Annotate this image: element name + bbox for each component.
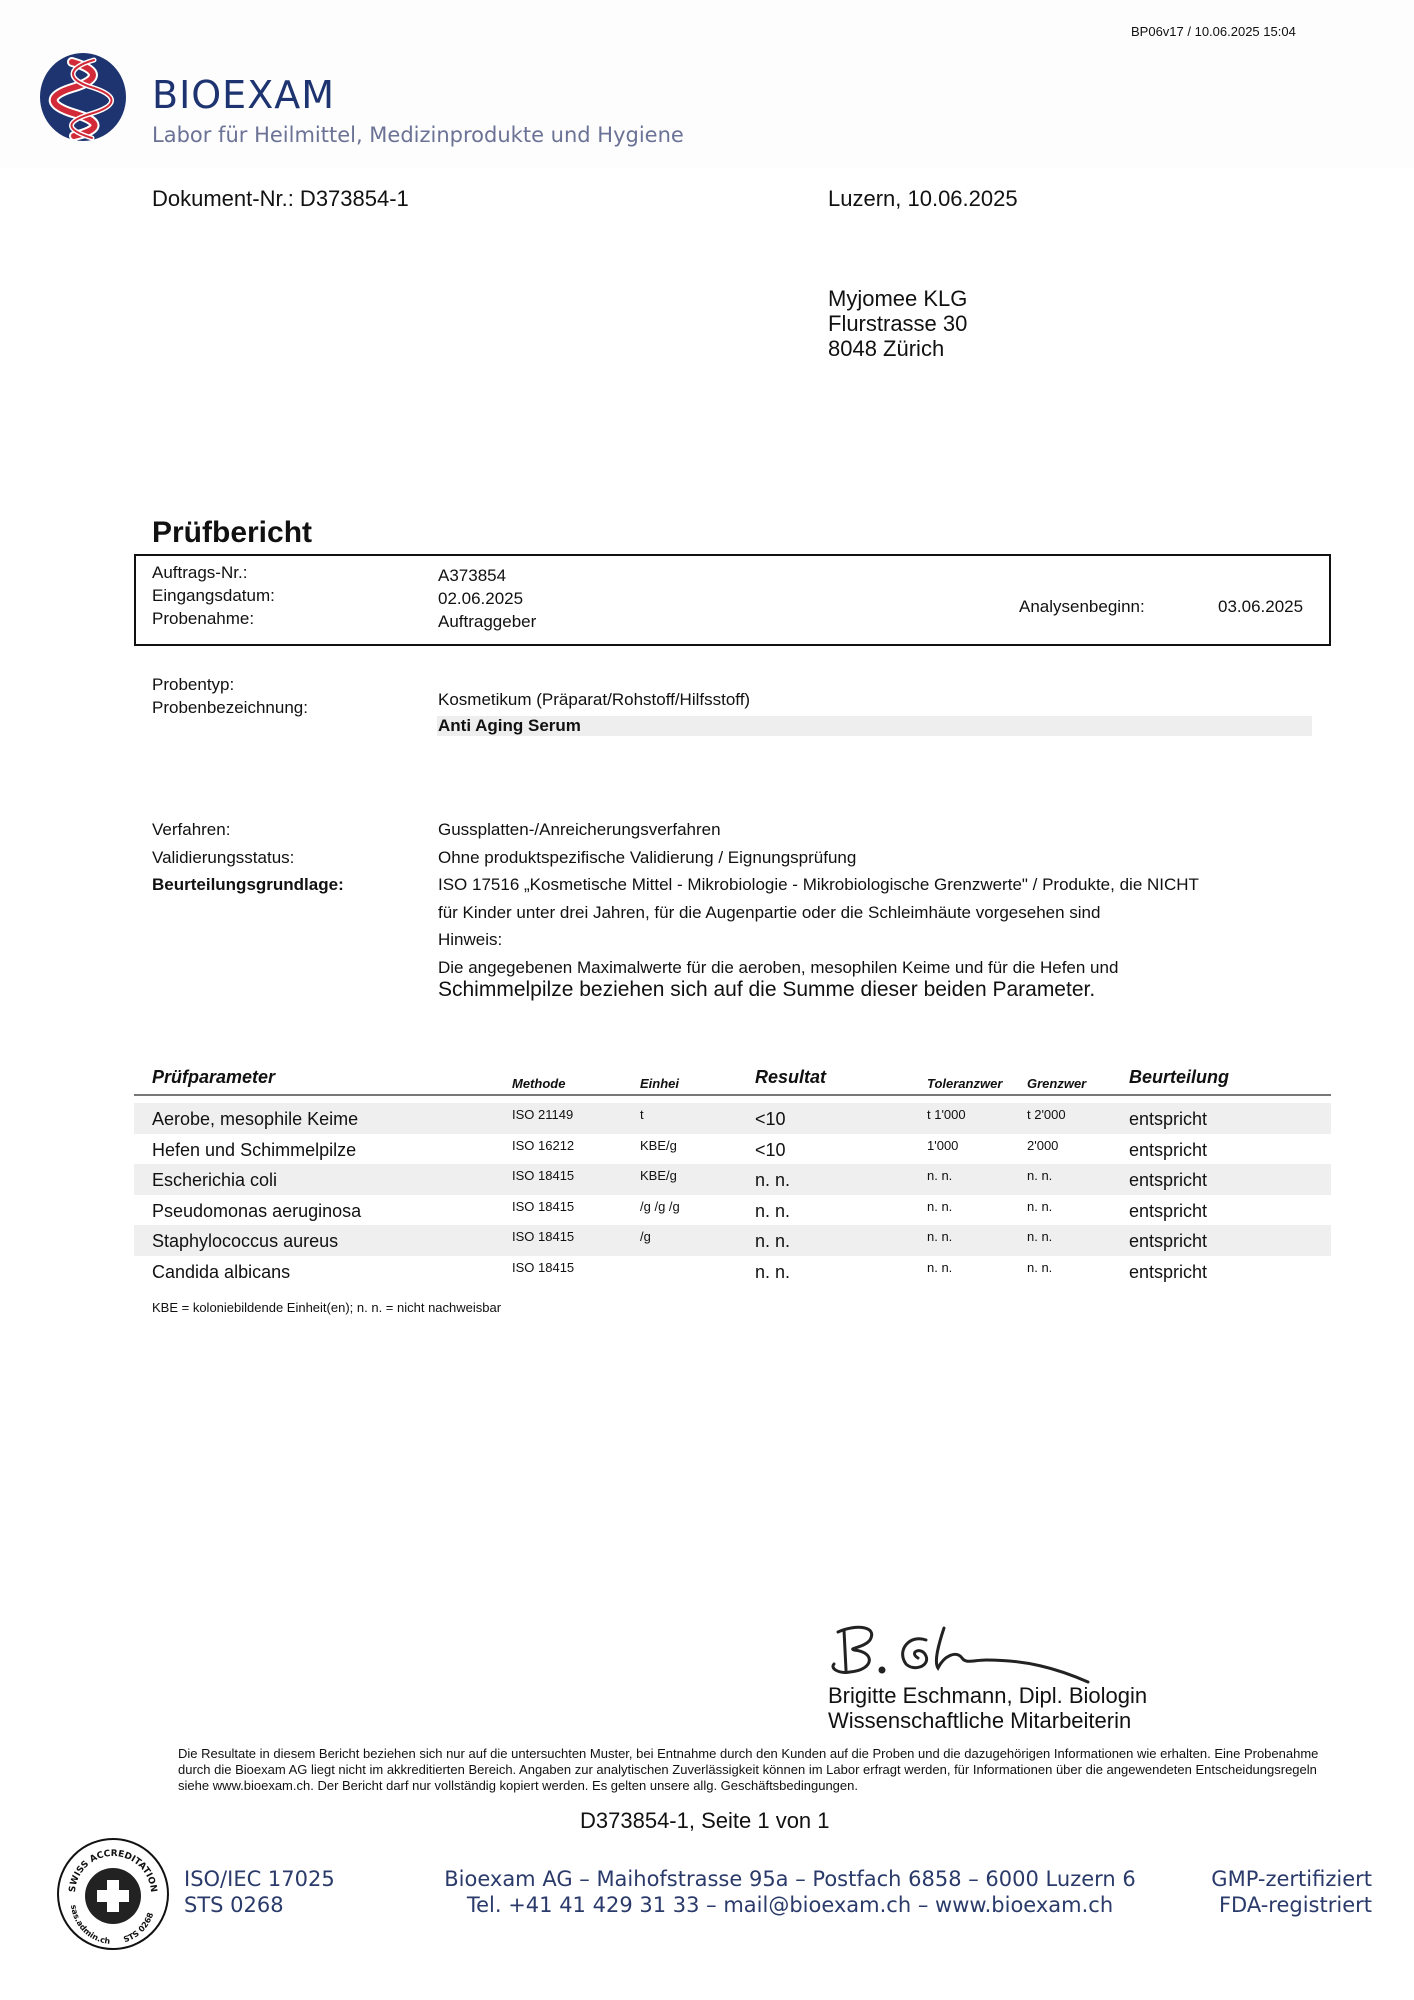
signature-image: [826, 1620, 1096, 1684]
table-footnote: KBE = koloniebildende Einheit(en); n. n.…: [152, 1300, 501, 1315]
recipient-name: Myjomee KLG: [828, 286, 967, 311]
cell-tolerance: t 1'000: [927, 1107, 966, 1122]
cell-tolerance: n. n.: [927, 1168, 952, 1183]
cell-tolerance: n. n.: [927, 1199, 952, 1214]
cell-unit: t: [640, 1107, 644, 1122]
cell-parameter: Staphylococcus aureus: [152, 1231, 338, 1252]
brand-name: BIOEXAM: [152, 73, 335, 117]
cell-parameter: Candida albicans: [152, 1262, 290, 1283]
company-contact-line: Tel. +41 41 429 31 33 – mail@bioexam.ch …: [440, 1892, 1140, 1918]
cell-limit: n. n.: [1027, 1168, 1052, 1183]
note-label: Hinweis:: [438, 930, 502, 950]
recipient-street: Flurstrasse 30: [828, 311, 967, 336]
cell-assessment: entspricht: [1129, 1170, 1207, 1191]
procedure-value: Gussplatten-/Anreicherungsverfahren: [438, 820, 721, 840]
recipient-address: Myjomee KLG Flurstrasse 30 8048 Zürich: [828, 286, 967, 361]
sample-type-label: Probentyp:: [152, 675, 234, 695]
recipient-city: 8048 Zürich: [828, 336, 967, 361]
page-title: Prüfbericht: [152, 516, 312, 550]
accreditation-info: ISO/IEC 17025 STS 0268: [184, 1866, 335, 1918]
legal-disclaimer: Die Resultate in diesem Bericht beziehen…: [178, 1746, 1328, 1794]
cell-unit: /g: [640, 1229, 651, 1244]
cell-parameter: Hefen und Schimmelpilze: [152, 1140, 356, 1161]
col-header-unit: Einhei: [640, 1076, 679, 1091]
cell-assessment: entspricht: [1129, 1262, 1207, 1283]
cell-assessment: entspricht: [1129, 1109, 1207, 1130]
procedure-label: Verfahren:: [152, 820, 230, 840]
receipt-date-value: 02.06.2025: [438, 589, 523, 609]
brand-tagline: Labor für Heilmittel, Medizinprodukte un…: [152, 123, 684, 147]
cell-method: ISO 21149: [512, 1107, 573, 1122]
cell-limit: n. n.: [1027, 1229, 1052, 1244]
certification-fda: FDA-registriert: [1160, 1892, 1372, 1918]
col-header-tolerance: Toleranzwer: [927, 1076, 1002, 1091]
cell-parameter: Pseudomonas aeruginosa: [152, 1201, 361, 1222]
cell-method: ISO 18415: [512, 1260, 574, 1275]
col-header-result: Resultat: [755, 1067, 826, 1088]
page-number: D373854-1, Seite 1 von 1: [580, 1808, 830, 1834]
company-contact: Bioexam AG – Maihofstrasse 95a – Postfac…: [440, 1866, 1140, 1918]
sample-name-label: Probenbezeichnung:: [152, 698, 308, 718]
note-line1: Die angegebenen Maximalwerte für die aer…: [438, 958, 1118, 978]
cell-result: <10: [755, 1140, 786, 1161]
place-date: Luzern, 10.06.2025: [828, 186, 1018, 212]
order-number-label: Auftrags-Nr.:: [152, 563, 247, 583]
note-line2: Schimmelpilze beziehen sich auf die Summ…: [438, 978, 1095, 1002]
cell-result: n. n.: [755, 1201, 790, 1222]
assessment-basis-line2: für Kinder unter drei Jahren, für die Au…: [438, 903, 1100, 923]
cell-limit: t 2'000: [1027, 1107, 1066, 1122]
cell-result: n. n.: [755, 1231, 790, 1252]
cell-method: ISO 16212: [512, 1138, 574, 1153]
cell-tolerance: n. n.: [927, 1229, 952, 1244]
cell-assessment: entspricht: [1129, 1201, 1207, 1222]
validation-value: Ohne produktspezifische Validierung / Ei…: [438, 848, 856, 868]
cell-parameter: Escherichia coli: [152, 1170, 277, 1191]
order-number-value: A373854: [438, 566, 506, 586]
receipt-date-label: Eingangsdatum:: [152, 586, 275, 606]
analysis-start-label: Analysenbeginn:: [1019, 597, 1145, 617]
swiss-accreditation-seal-icon: SWISS ACCREDITATION sas.admin.ch STS 026…: [55, 1836, 171, 1952]
cell-parameter: Aerobe, mesophile Keime: [152, 1109, 358, 1130]
cell-tolerance: 1'000: [927, 1138, 958, 1153]
col-header-parameter: Prüfparameter: [152, 1067, 275, 1088]
cell-result: n. n.: [755, 1262, 790, 1283]
assessment-basis-label: Beurteilungsgrundlage:: [152, 875, 344, 895]
cell-result: n. n.: [755, 1170, 790, 1191]
certifications: GMP-zertifiziert FDA-registriert: [1160, 1866, 1372, 1918]
signatory-role: Wissenschaftliche Mitarbeiterin: [828, 1708, 1147, 1733]
cell-unit: /g /g /g: [640, 1199, 680, 1214]
sample-type-value: Kosmetikum (Präparat/Rohstoff/Hilfsstoff…: [438, 690, 750, 710]
order-info-box: [134, 554, 1331, 646]
sample-name-value: Anti Aging Serum: [438, 716, 581, 736]
certification-gmp: GMP-zertifiziert: [1160, 1866, 1372, 1892]
validation-label: Validierungsstatus:: [152, 848, 294, 868]
sampling-value: Auftraggeber: [438, 612, 536, 632]
cell-limit: 2'000: [1027, 1138, 1058, 1153]
cell-tolerance: n. n.: [927, 1260, 952, 1275]
table-header-rule: [134, 1094, 1331, 1096]
document-number: Dokument-Nr.: D373854-1: [152, 186, 409, 212]
version-stamp: BP06v17 / 10.06.2025 15:04: [1131, 24, 1296, 39]
col-header-method: Methode: [512, 1076, 565, 1091]
assessment-basis-line1: ISO 17516 „Kosmetische Mittel - Mikrobio…: [438, 875, 1199, 895]
col-header-limit: Grenzwer: [1027, 1076, 1086, 1091]
dna-helix-icon: [38, 52, 128, 142]
accreditation-standard: ISO/IEC 17025: [184, 1866, 335, 1892]
company-address: Bioexam AG – Maihofstrasse 95a – Postfac…: [440, 1866, 1140, 1892]
cell-method: ISO 18415: [512, 1168, 574, 1183]
cell-method: ISO 18415: [512, 1199, 574, 1214]
analysis-start-value: 03.06.2025: [1218, 597, 1303, 617]
accreditation-number: STS 0268: [184, 1892, 335, 1918]
cell-assessment: entspricht: [1129, 1231, 1207, 1252]
sampling-label: Probenahme:: [152, 609, 254, 629]
cell-unit: KBE/g: [640, 1138, 677, 1153]
signatory: Brigitte Eschmann, Dipl. Biologin Wissen…: [828, 1683, 1147, 1733]
signatory-name: Brigitte Eschmann, Dipl. Biologin: [828, 1683, 1147, 1708]
cell-method: ISO 18415: [512, 1229, 574, 1244]
col-header-assessment: Beurteilung: [1129, 1067, 1229, 1088]
cell-unit: KBE/g: [640, 1168, 677, 1183]
cell-assessment: entspricht: [1129, 1140, 1207, 1161]
cell-result: <10: [755, 1109, 786, 1130]
cell-limit: n. n.: [1027, 1199, 1052, 1214]
cell-limit: n. n.: [1027, 1260, 1052, 1275]
